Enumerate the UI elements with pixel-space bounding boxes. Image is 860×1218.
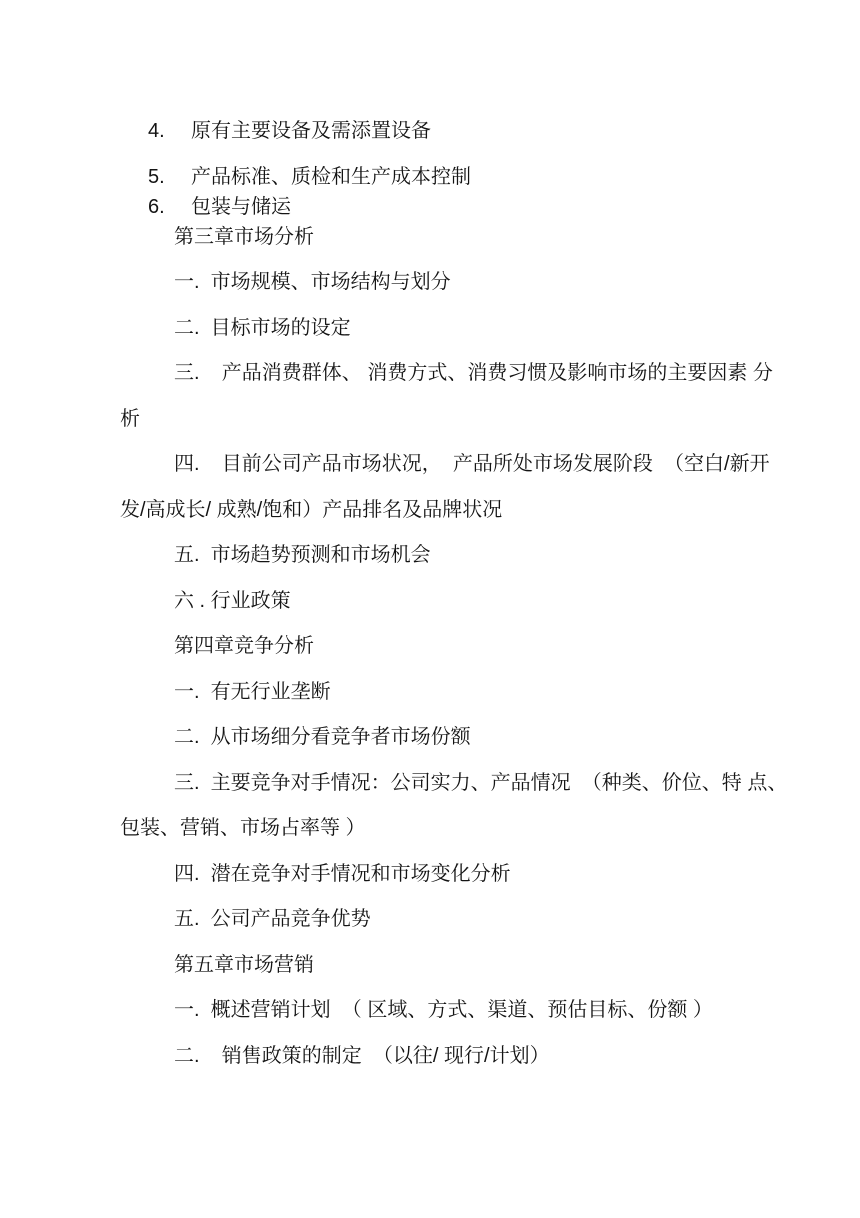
chapter-3-heading: 第三章市场分析	[120, 222, 760, 252]
chapter-5-heading: 第五章市场营销	[120, 950, 760, 980]
outline-item-text: 一. 有无行业垄断	[174, 681, 331, 703]
outline-item-text: 三. 主要竞争对手情况：公司实力、产品情况 （种类、价位、特 点、	[174, 772, 787, 794]
outline-item-text: 二. 从市场细分看竞争者市场份额	[174, 726, 471, 748]
outline-item-text: 四. 潜在竞争对手情况和市场变化分析	[174, 863, 511, 885]
outline-item: 二. 销售政策的制定 （以往/ 现行/计划）	[120, 1041, 760, 1071]
numbered-item-4: 4.原有主要设备及需添置设备	[120, 116, 760, 146]
outline-item-text: 一. 市场规模、市场结构与划分	[174, 271, 451, 293]
outline-item: 四. 潜在竞争对手情况和市场变化分析	[120, 859, 760, 889]
document-page: 4.原有主要设备及需添置设备 5.产品标准、质检和生产成本控制 6.包装与储运 …	[0, 0, 860, 1218]
outline-item: 六 . 行业政策	[120, 586, 760, 616]
outline-item: 二. 目标市场的设定	[120, 313, 760, 343]
outline-item: 一. 概述营销计划 （ 区域、方式、渠道、预估目标、份额 ）	[120, 995, 760, 1025]
outline-item: 五. 公司产品竞争优势	[120, 904, 760, 934]
wrapped-line-text: 析	[120, 408, 140, 430]
wrapped-line: 发/高成长/ 成熟/饱和）产品排名及品牌状况	[120, 495, 760, 525]
outline-item-text: 二. 销售政策的制定 （以往/ 现行/计划）	[174, 1045, 550, 1067]
outline-item-text: 六 . 行业政策	[174, 590, 291, 612]
chapter-heading-text: 第四章竞争分析	[174, 635, 314, 657]
numbered-item-6: 6.包装与储运	[120, 192, 760, 222]
numbered-item-text: 产品标准、质检和生产成本控制	[191, 166, 471, 188]
outline-item-text: 二. 目标市场的设定	[174, 317, 351, 339]
item-number: 5.	[148, 162, 191, 192]
outline-item-text: 三. 产品消费群体、 消费方式、消费习惯及影响市场的主要因素 分	[174, 362, 773, 384]
outline-item: 四. 目前公司产品市场状况， 产品所处市场发展阶段 （空白/新开	[120, 449, 760, 479]
outline-item-text: 五. 公司产品竞争优势	[174, 908, 371, 930]
outline-item: 一. 有无行业垄断	[120, 677, 760, 707]
outline-item: 二. 从市场细分看竞争者市场份额	[120, 722, 760, 752]
item-number: 4.	[148, 116, 191, 146]
wrapped-line-text: 发/高成长/ 成熟/饱和）产品排名及品牌状况	[120, 499, 502, 521]
outline-item: 五. 市场趋势预测和市场机会	[120, 540, 760, 570]
chapter-heading-text: 第三章市场分析	[174, 226, 314, 248]
wrapped-line-text: 包装、营销、市场占率等 ）	[120, 817, 366, 839]
outline-item: 一. 市场规模、市场结构与划分	[120, 267, 760, 297]
chapter-4-heading: 第四章竞争分析	[120, 631, 760, 661]
numbered-item-text: 原有主要设备及需添置设备	[191, 120, 431, 142]
item-number: 6.	[148, 192, 191, 222]
numbered-item-text: 包装与储运	[191, 196, 291, 218]
outline-item-text: 四. 目前公司产品市场状况， 产品所处市场发展阶段 （空白/新开	[174, 453, 770, 475]
wrapped-line: 包装、营销、市场占率等 ）	[120, 813, 760, 843]
chapter-heading-text: 第五章市场营销	[174, 954, 314, 976]
outline-item: 三. 产品消费群体、 消费方式、消费习惯及影响市场的主要因素 分	[120, 358, 760, 388]
outline-item-text: 一. 概述营销计划 （ 区域、方式、渠道、预估目标、份额 ）	[174, 999, 713, 1021]
numbered-item-5: 5.产品标准、质检和生产成本控制	[120, 162, 760, 192]
outline-item-text: 五. 市场趋势预测和市场机会	[174, 544, 431, 566]
wrapped-line: 析	[120, 404, 760, 434]
outline-item: 三. 主要竞争对手情况：公司实力、产品情况 （种类、价位、特 点、	[120, 768, 760, 798]
